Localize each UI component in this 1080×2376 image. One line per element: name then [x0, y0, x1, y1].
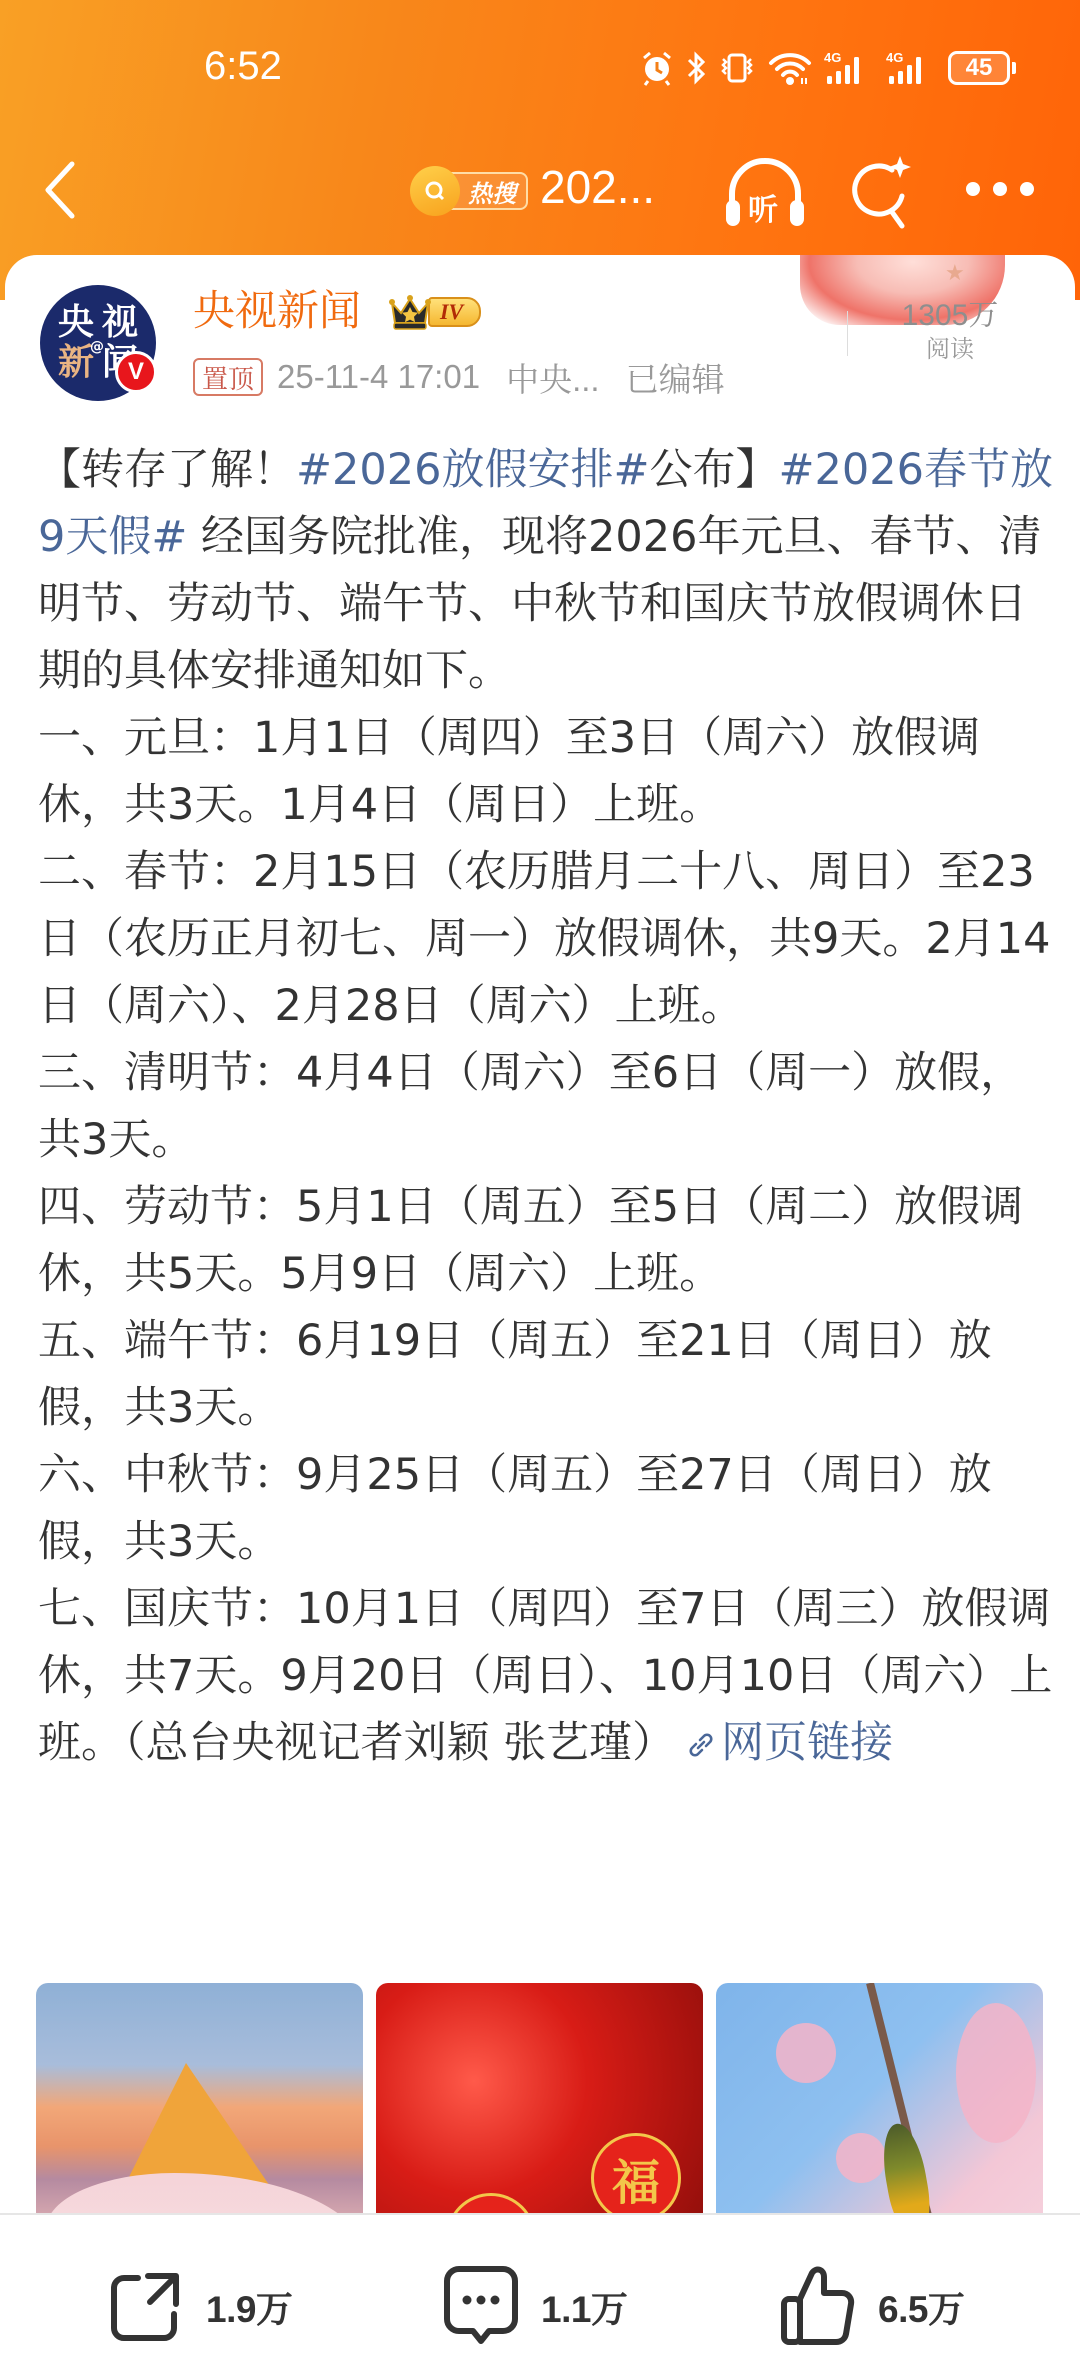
hashtag-link[interactable]: #2026放假安排#	[296, 445, 650, 495]
holiday-item: 六、中秋节：9月25日（周五）至27日（周日）放假，共3天。	[38, 1442, 1058, 1576]
more-dot	[966, 182, 980, 196]
search-sparkle-icon	[848, 150, 920, 234]
pinned-badge: 置顶	[193, 358, 263, 396]
intro-text: 经国务院批准，现将2026年元旦、春节、清明节、劳动节、端午节、中秋节和国庆节放…	[38, 512, 1042, 696]
more-button[interactable]	[960, 164, 1040, 214]
avatar-char: 视	[98, 303, 142, 343]
signal-4g-icon: 4G	[886, 50, 936, 86]
avatar-char: 央	[54, 303, 98, 343]
post-text: 【转存了解！#2026放假安排#公布】#2026春节放9天假# 经国务院批准，现…	[38, 437, 1058, 1777]
status-icons: 4G 4G 45	[640, 48, 1016, 88]
thumbs-up-icon	[780, 2265, 856, 2347]
comment-count: 1.1万	[541, 2279, 627, 2333]
link-icon	[685, 1729, 717, 1761]
blossom	[956, 2003, 1036, 2143]
post-card: ★ 1305万 阅读 央 视 新 闻 @ V 央视新闻 IV 置顶 25-11-…	[5, 255, 1075, 2376]
blossom	[836, 2133, 886, 2183]
search-icon	[423, 179, 447, 203]
alarm-icon	[640, 50, 674, 86]
post-intro: 【转存了解！#2026放假安排#公布】#2026春节放9天假# 经国务院批准，现…	[38, 437, 1058, 705]
search-ai-button[interactable]	[848, 150, 920, 234]
holiday-item: 三、清明节：4月4日（周六）至6日（周一）放假，共3天。	[38, 1040, 1058, 1174]
battery-indicator: 45	[948, 51, 1016, 85]
holiday-item: 一、元旦：1月1日（周四）至3日（周六）放假调休，共3天。1月4日（周日）上班。	[38, 705, 1058, 839]
verified-badge-icon: V	[115, 351, 157, 393]
post-timestamp: 25-11-4 17:01	[277, 358, 480, 396]
edited-label[interactable]: 已编辑	[626, 354, 725, 401]
svg-text:4G: 4G	[886, 50, 903, 65]
vip-level: IV	[428, 297, 481, 327]
listen-button[interactable]: 听	[722, 154, 808, 230]
blossom	[776, 2023, 836, 2083]
emblem-star-icon: ★	[945, 261, 965, 286]
back-button[interactable]	[30, 152, 90, 228]
avatar-at-symbol: @	[90, 339, 104, 355]
action-bar: 1.9万 1.1万 6.5万	[0, 2213, 1080, 2376]
hot-search-badge[interactable]: 热搜	[410, 166, 528, 216]
intro-mid: 公布】	[650, 445, 779, 495]
share-icon	[108, 2270, 184, 2342]
fu-ornament: 福	[591, 2133, 681, 2223]
svg-text:4G: 4G	[824, 50, 841, 65]
web-link-label: 网页链接	[721, 1718, 893, 1768]
read-count: 1305万	[875, 299, 1025, 333]
post-meta: 置顶 25-11-4 17:01 中央... 已编辑	[193, 357, 725, 397]
share-count: 1.9万	[206, 2279, 292, 2333]
bluetooth-icon	[686, 50, 706, 86]
chevron-left-icon	[40, 158, 80, 222]
read-count-divider	[847, 311, 848, 356]
like-count: 6.5万	[878, 2279, 964, 2333]
more-dot	[1020, 182, 1034, 196]
headphones-listen-icon: 听	[722, 154, 808, 230]
intro-prefix: 【转存了解！	[38, 445, 296, 495]
vibrate-icon	[718, 50, 756, 86]
holiday-item-last: 七、国庆节：10月1日（周四）至7日（周三）放假调休，共7天。9月20日（周日）…	[38, 1576, 1058, 1777]
nav-title[interactable]: 202...	[540, 160, 655, 214]
web-link[interactable]: 网页链接	[675, 1718, 893, 1768]
hot-search-flame	[410, 166, 460, 216]
holiday-item: 四、劳动节：5月1日（周五）至5日（周二）放假调休，共5天。5月9日（周六）上班…	[38, 1174, 1058, 1308]
nav-bar: 热搜 202... 听	[0, 140, 1080, 240]
crown-icon	[388, 293, 432, 331]
battery-level: 45	[948, 51, 1010, 85]
holiday-item: 五、端午节：6月19日（周五）至21日（周日）放假，共3天。	[38, 1308, 1058, 1442]
like-button[interactable]: 6.5万	[780, 2263, 964, 2349]
svg-text:听: 听	[748, 193, 778, 228]
status-bar: 6:52 4G 4G 45	[0, 0, 1080, 120]
signal-4g-icon: 4G	[824, 50, 874, 86]
more-dot	[993, 182, 1007, 196]
comment-icon	[443, 2265, 519, 2347]
author-name[interactable]: 央视新闻	[193, 283, 361, 339]
post-source[interactable]: 中央...	[506, 354, 600, 401]
status-time: 6:52	[204, 44, 282, 89]
battery-tip	[1012, 62, 1016, 74]
holiday-item-text: 七、国庆节：10月1日（周四）至7日（周三）放假调休，共7天。9月20日（周日）…	[38, 1584, 1052, 1768]
wifi-icon	[768, 50, 812, 86]
share-button[interactable]: 1.9万	[108, 2263, 292, 2349]
comment-button[interactable]: 1.1万	[443, 2263, 627, 2349]
holiday-item: 二、春节：2月15日（农历腊月二十八、周日）至23日（农历正月初七、周一）放假调…	[38, 839, 1058, 1040]
vip-level-badge[interactable]: IV	[388, 293, 481, 331]
read-count-label: 阅读	[875, 335, 1025, 363]
